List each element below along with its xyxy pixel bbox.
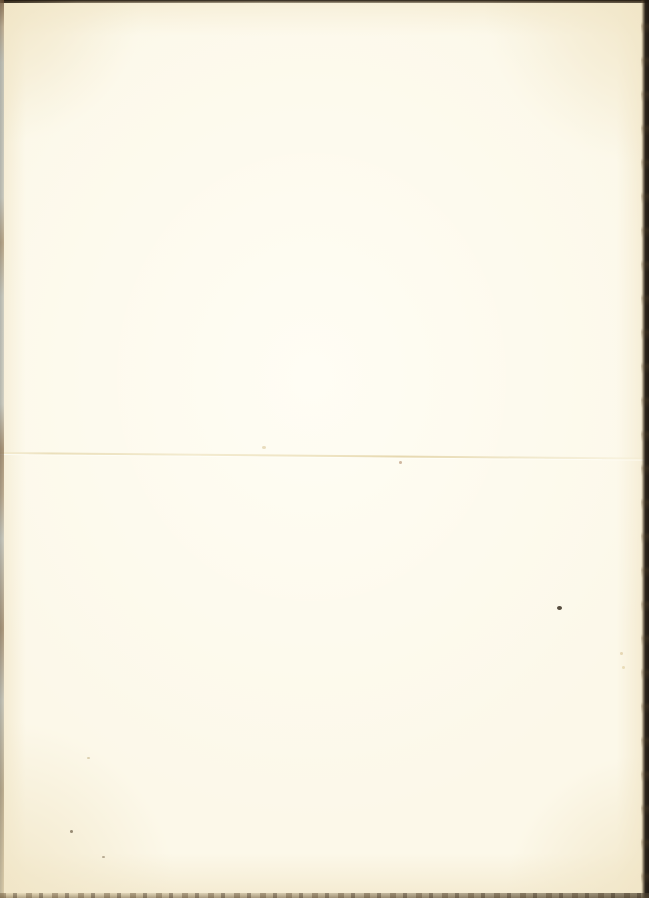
card-top-edge [0, 0, 649, 3]
paper-speck [70, 830, 73, 833]
paper-speck [622, 666, 625, 669]
paper-speck [557, 606, 562, 610]
paper-speck [262, 446, 266, 449]
paper-speck [620, 652, 623, 655]
card-right-edge [641, 0, 649, 898]
scanned-card-photo [0, 0, 649, 898]
card-left-edge [0, 0, 4, 898]
paper-speck [87, 757, 90, 759]
paper-speck [102, 856, 105, 858]
card-paper-surface [0, 0, 649, 898]
paper-speck [399, 461, 402, 464]
card-bottom-edge [0, 893, 649, 898]
